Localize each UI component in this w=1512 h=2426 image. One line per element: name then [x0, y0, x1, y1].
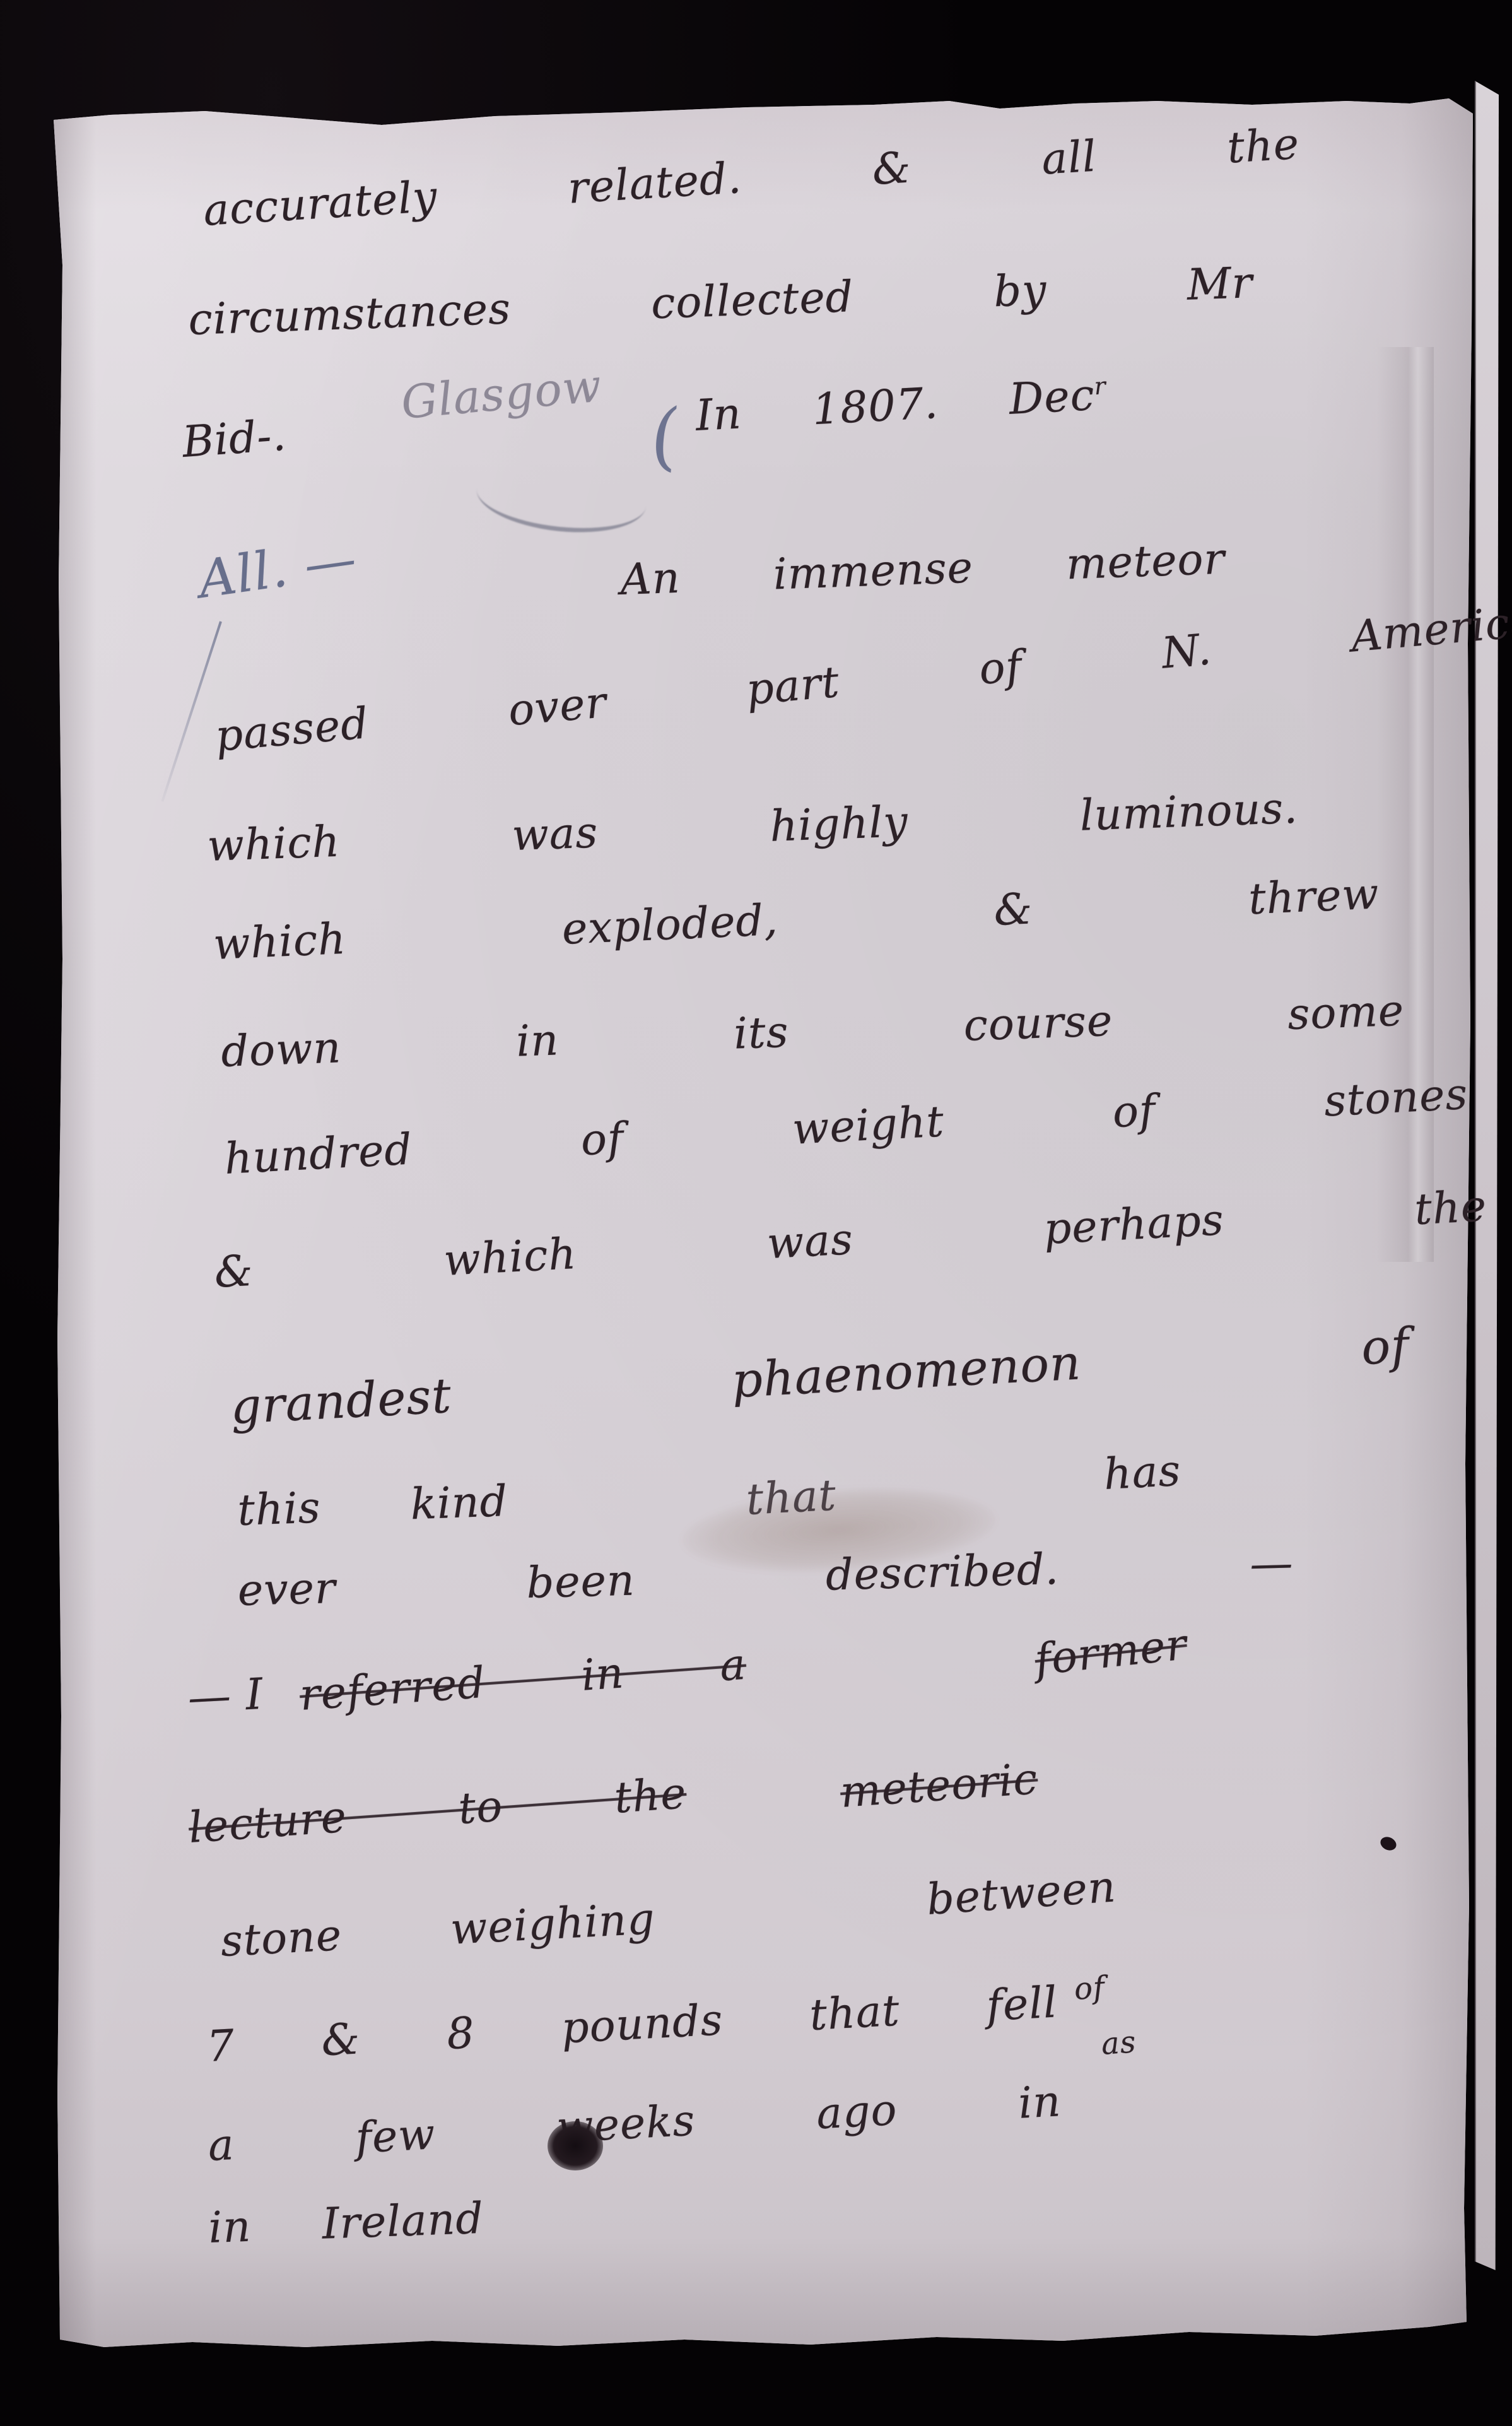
- smudged-word: that: [745, 1471, 838, 1525]
- manuscript-line: — I: [187, 1669, 264, 1723]
- facing-page-edge: [1475, 81, 1499, 2270]
- manuscript-line: this kind: [237, 1476, 508, 1536]
- manuscript-line: Bid-.: [180, 411, 288, 468]
- superscript-r: r: [1094, 372, 1107, 400]
- interlined-word: of: [1073, 1970, 1106, 2007]
- page-crease: [1377, 347, 1434, 1262]
- manuscript-word: has: [1103, 1446, 1182, 1500]
- ink-blot: [548, 2121, 603, 2170]
- photo-background: accurately related. & all the circumstan…: [0, 0, 1512, 2426]
- interlined-word: as: [1100, 2024, 1137, 2062]
- manuscript-line: in Ireland: [208, 2194, 484, 2253]
